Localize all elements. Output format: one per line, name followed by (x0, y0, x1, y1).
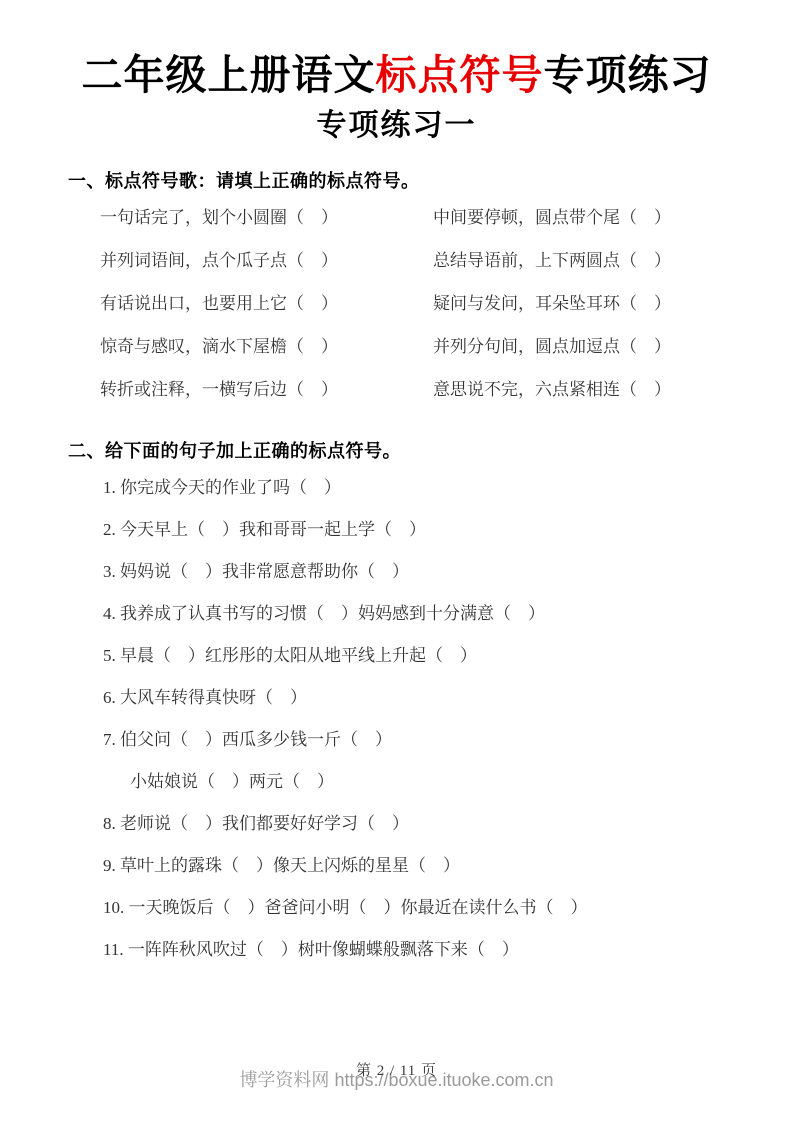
sentence-item: 7. 伯父问（ ）西瓜多少钱一斤（ ） (103, 719, 763, 761)
sentence-item: 3. 妈妈说（ ）我非常愿意帮助你（ ） (103, 551, 763, 593)
sentence-item: 9. 草叶上的露珠（ ）像天上闪烁的星星（ ） (103, 845, 763, 887)
rhyme-line: 总结导语前，上下两圆点（ ） (433, 239, 740, 282)
sentence-item: 4. 我养成了认真书写的习惯（ ）妈妈感到十分满意（ ） (103, 593, 763, 635)
sentence-item: 5. 早晨（ ）红彤彤的太阳从地平线上升起（ ） (103, 635, 763, 677)
section2-sentence-list: 1. 你完成今天的作业了吗（ ） 2. 今天早上（ ）我和哥哥一起上学（ ） 3… (103, 467, 763, 971)
sentence-item: 10. 一天晚饭后（ ）爸爸问小明（ ）你最近在读什么书（ ） (103, 887, 763, 929)
sentence-item: 8. 老师说（ ）我们都要好好学习（ ） (103, 803, 763, 845)
page-title-highlight: 标点符号 (376, 52, 544, 98)
rhyme-line: 转折或注释，一横写后边（ ） (100, 368, 433, 411)
page-title: 二年级上册语文标点符号专项练习 (0, 42, 793, 101)
page-subtitle: 专项练习一 (0, 100, 793, 144)
rhyme-line: 有话说出口，也要用上它（ ） (100, 282, 433, 325)
rhyme-line: 疑问与发问，耳朵坠耳环（ ） (433, 282, 740, 325)
section1-rhyme-grid: 一句话完了，划个小圆圈（ ） 中间要停顿，圆点带个尾（ ） 并列词语间，点个瓜子… (100, 196, 740, 411)
sentence-item: 2. 今天早上（ ）我和哥哥一起上学（ ） (103, 509, 763, 551)
page-title-left: 二年级上册语文 (82, 52, 376, 98)
rhyme-line: 中间要停顿，圆点带个尾（ ） (433, 196, 740, 239)
page-number-indicator: 第 2 / 11 页 (0, 1059, 793, 1080)
sentence-item: 11. 一阵阵秋风吹过（ ）树叶像蝴蝶般飘落下来（ ） (103, 929, 763, 971)
rhyme-line: 并列分句间，圆点加逗点（ ） (433, 325, 740, 368)
rhyme-line: 并列词语间，点个瓜子点（ ） (100, 239, 433, 282)
sentence-item: 6. 大风车转得真快呀（ ） (103, 677, 763, 719)
rhyme-line: 惊奇与感叹，滴水下屋檐（ ） (100, 325, 433, 368)
section2-heading: 二、给下面的句子加上正确的标点符号。 (68, 437, 401, 463)
page-title-right: 专项练习 (544, 52, 712, 98)
section1-heading: 一、标点符号歌：请填上正确的标点符号。 (68, 167, 420, 193)
worksheet-page: 二年级上册语文标点符号专项练习 专项练习一 一、标点符号歌：请填上正确的标点符号… (0, 0, 793, 1122)
sentence-item: 1. 你完成今天的作业了吗（ ） (103, 467, 763, 509)
sentence-item-continuation: 小姑娘说（ ）两元（ ） (103, 761, 763, 803)
rhyme-line: 意思说不完，六点紧相连（ ） (433, 368, 740, 411)
rhyme-line: 一句话完了，划个小圆圈（ ） (100, 196, 433, 239)
